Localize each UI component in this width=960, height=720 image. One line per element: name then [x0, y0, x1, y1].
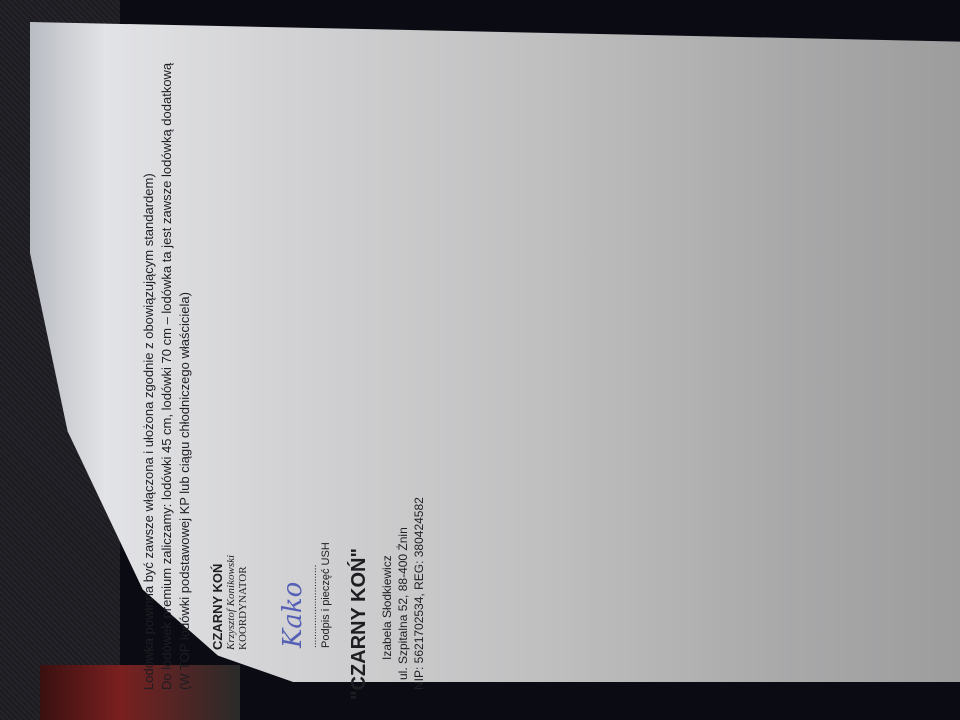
coordinator-stamp: CZARNY KOŃ Krzysztof Konikowski KOORDYNA…: [210, 555, 249, 650]
company-stamp-address: ul. Szpitalna 52, 88-400 Żnin: [396, 527, 410, 680]
company-stamp-name: "CZARNY KOŃ": [348, 548, 371, 700]
stamp-company: CZARNY KOŃ: [210, 564, 225, 650]
text-line-3: (W TOP lodówki podstawowej KP lub ciągu …: [176, 292, 194, 690]
handwritten-signature: Kako: [278, 582, 308, 648]
signature-line: ..............................: [308, 565, 319, 648]
text-line-1: Lodówka powinna być zawsze włączona i uł…: [140, 173, 158, 690]
stamp-name: Krzysztof Konikowski: [225, 555, 237, 650]
company-stamp-owner: Izabela Słodkiewicz: [380, 555, 394, 660]
stamp-role: KOORDYNATOR: [237, 555, 249, 650]
company-stamp-ids: NIP: 5621702534, REG: 380424582: [412, 497, 426, 690]
text-line-2: Do lodówek premium zaliczamy: lodówki 45…: [158, 63, 176, 690]
signature-label: Podpis i pieczęć USH: [320, 542, 332, 648]
